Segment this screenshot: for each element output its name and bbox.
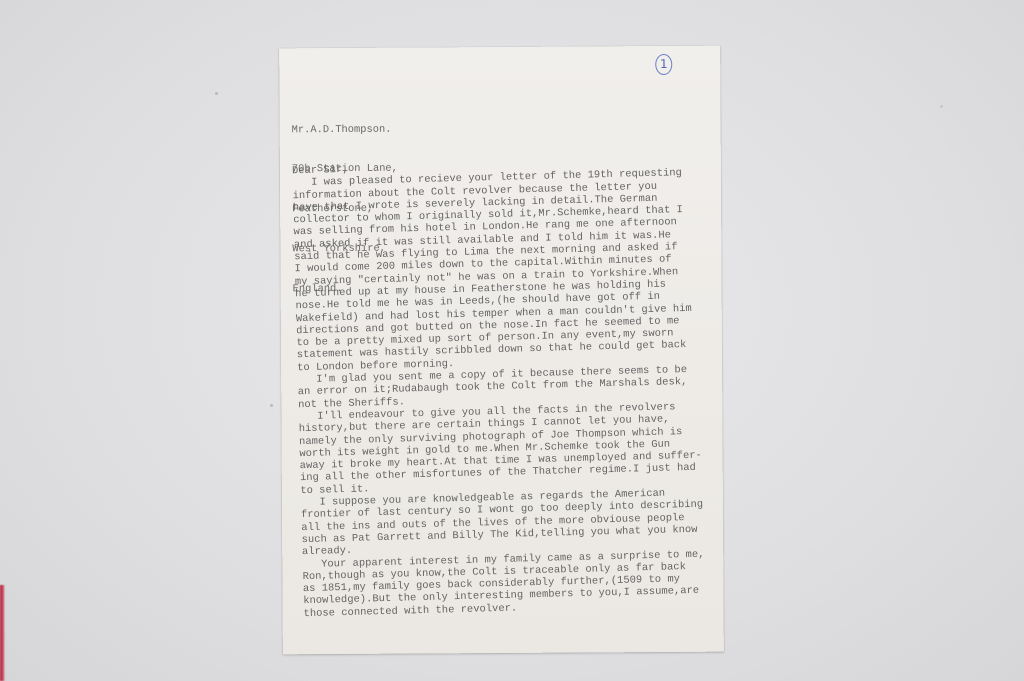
- red-object-edge: [0, 585, 5, 681]
- background-speck: [215, 92, 218, 95]
- letter-body: Dear Sir, I was pleased to recieve your …: [292, 154, 734, 620]
- background-speck: [270, 404, 273, 407]
- handwritten-page-number: 1: [655, 54, 672, 75]
- address-line: Mr.A.D.Thompson.: [292, 123, 398, 136]
- background-speck: [940, 105, 943, 108]
- letter-page: 1 Mr.A.D.Thompson. 70b Station Lane, Fea…: [279, 46, 724, 655]
